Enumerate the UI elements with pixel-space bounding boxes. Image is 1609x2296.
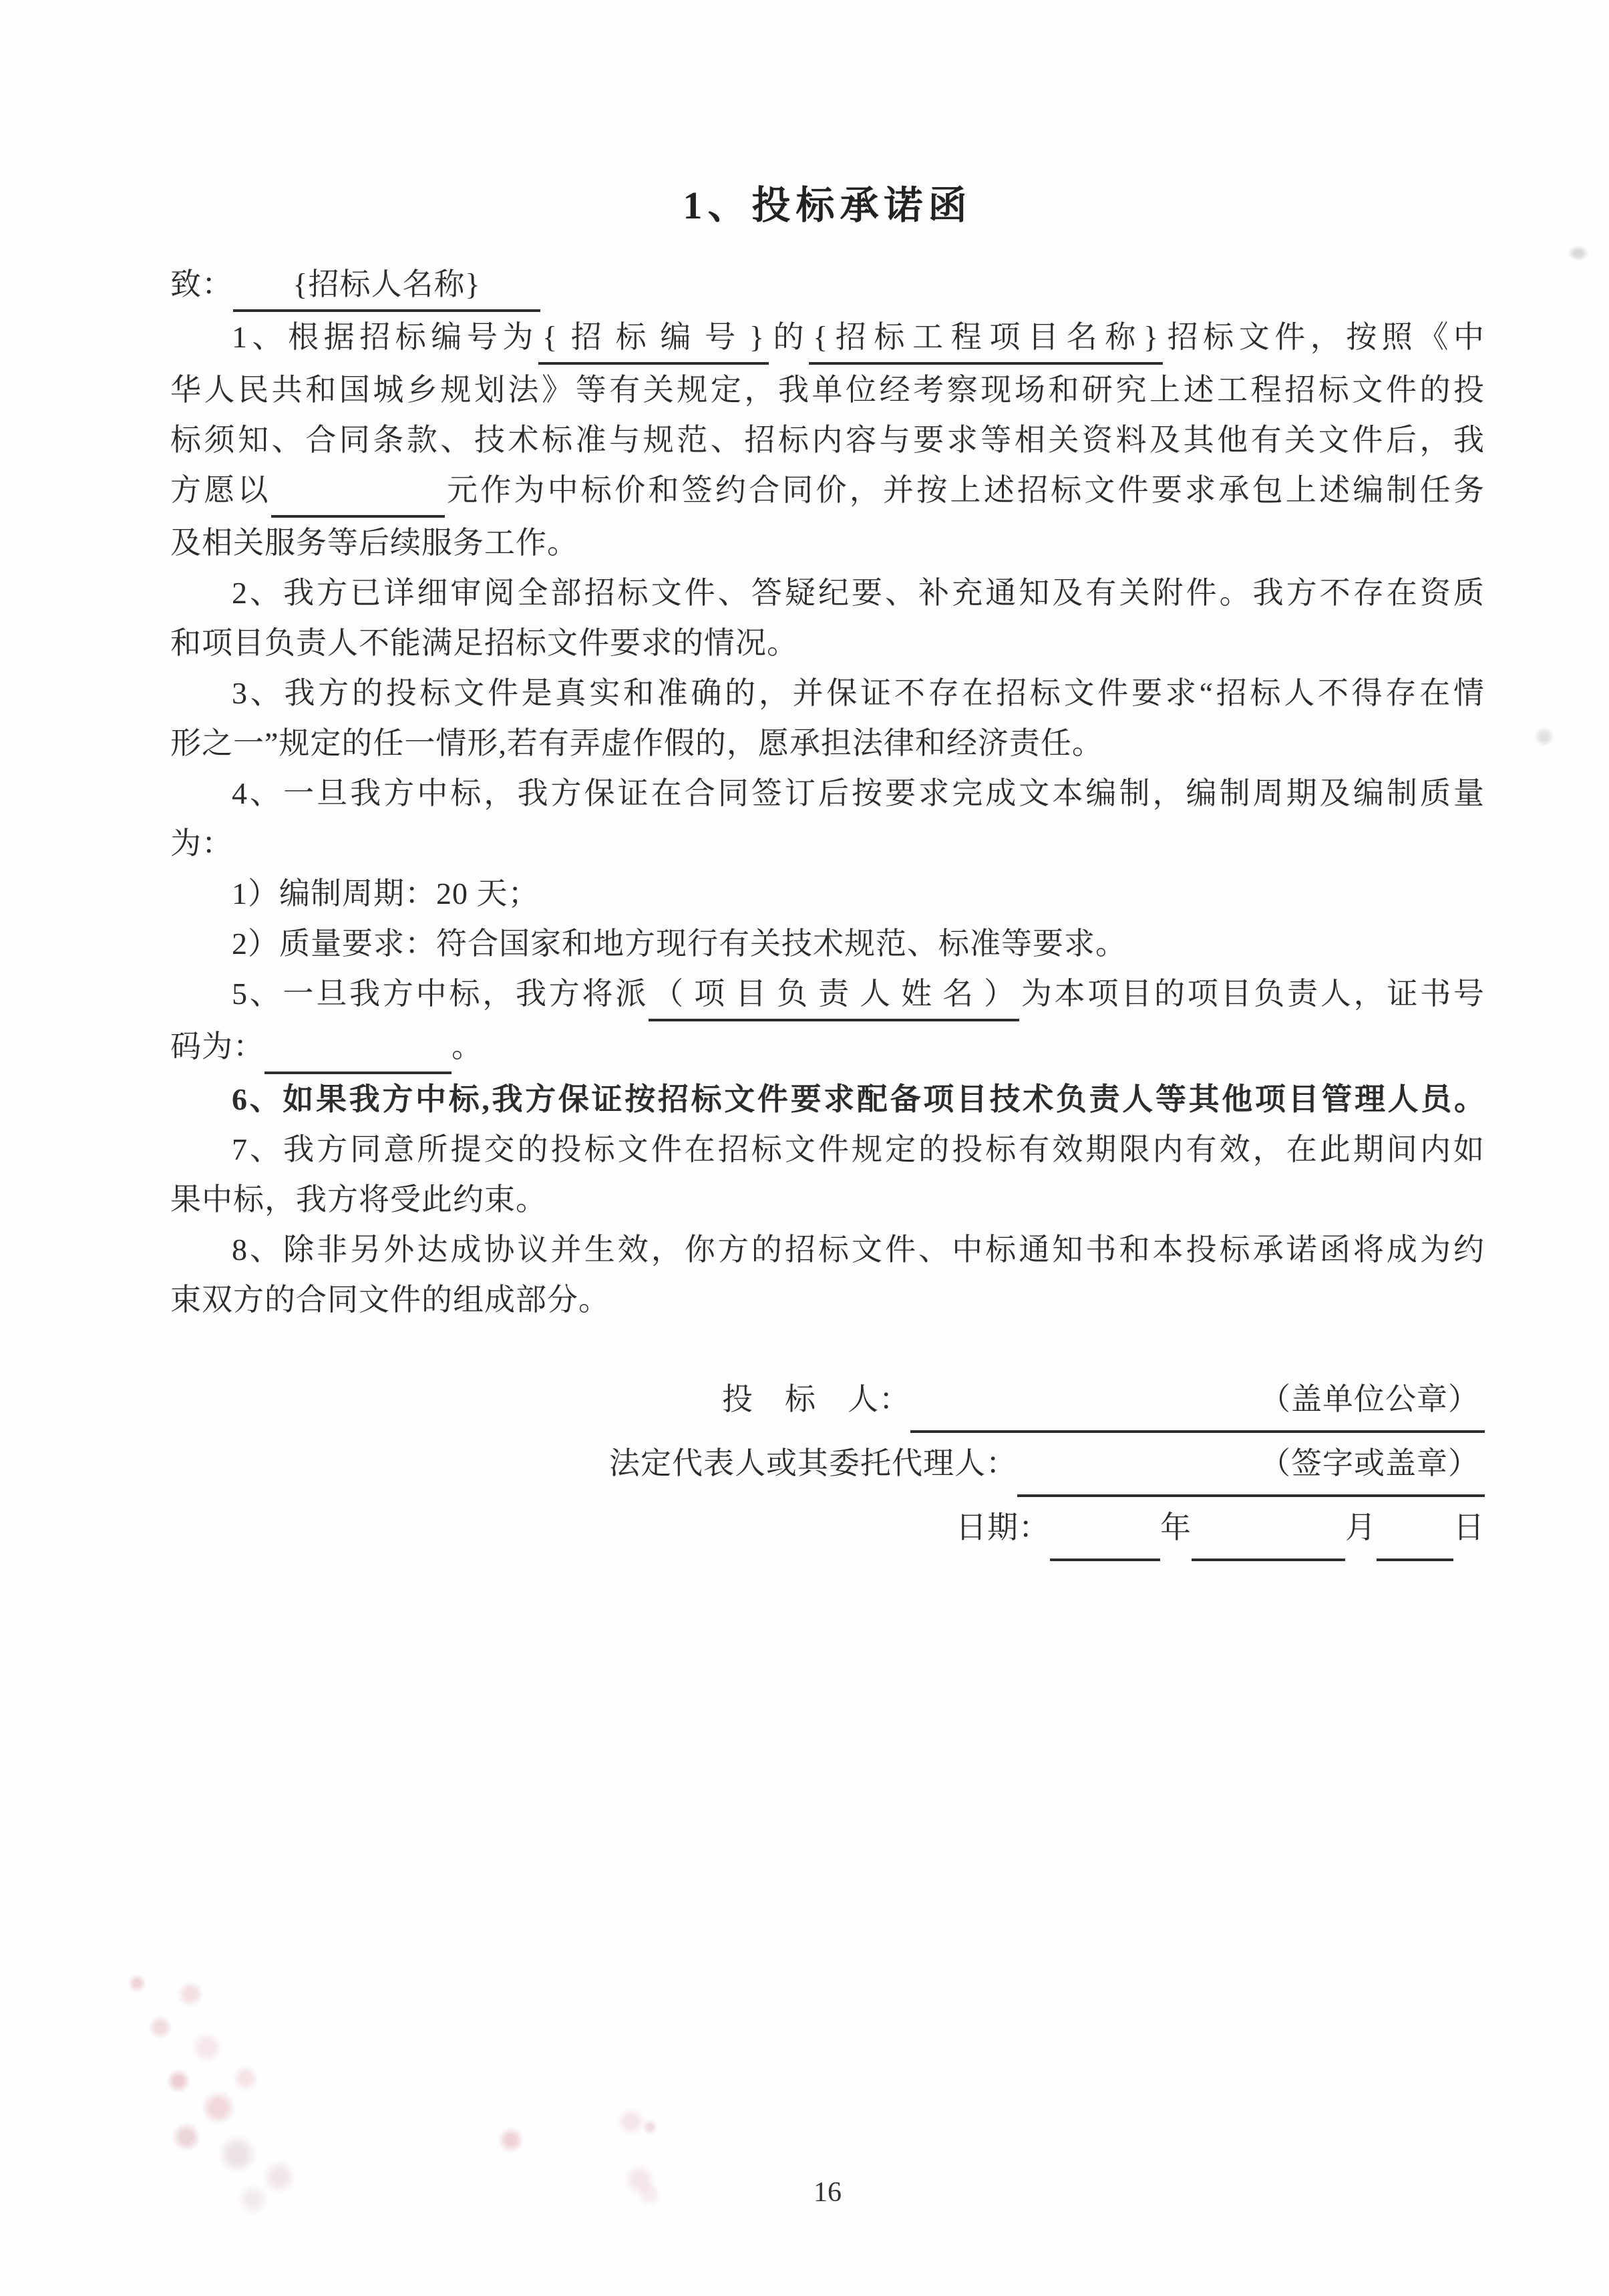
body-line: 8、除非另外达成协议并生效，你方的招标文件、中标通知书和本投标承诺函将成为约: [170, 1224, 1485, 1275]
date-year-blank: [1050, 1497, 1160, 1561]
date-label: 日期：: [956, 1510, 1050, 1544]
body-line: 5、一旦我方中标，我方将派（项目负责人姓名）为本项目的项目负责人，证书号: [170, 969, 1485, 1021]
body-line: 1、根据招标编号为{招标编号}的{招标工程项目名称}招标文件，按照《中: [170, 312, 1485, 365]
year-label: 年: [1160, 1510, 1192, 1544]
line-text: 5、一旦我方中标，我方将派: [232, 977, 649, 1011]
body-line: 3、我方的投标文件是真实和准确的，并保证不存在招标文件要求“招标人不得存在情: [170, 668, 1485, 718]
line-text: 元作为中标价和签约合同价，并按上述招标文件要求承包上述编制任务: [445, 473, 1485, 507]
line-text: 1）编制周期：20 天；: [232, 876, 540, 911]
certificate-number-blank: [264, 1021, 452, 1074]
body-line: 码为： 。: [170, 1021, 1485, 1074]
date-day-blank: [1377, 1497, 1453, 1561]
salutation-line: 致：{招标人名称}: [170, 259, 1485, 312]
stain-mark: [484, 2114, 538, 2161]
line-text: 1、根据招标编号为: [232, 320, 538, 354]
date-line: 日期： 年 月 日: [170, 1497, 1485, 1561]
body-line: 4、一旦我方中标，我方保证在合同签订后按要求完成文本编制，编制周期及编制质量: [170, 768, 1485, 818]
line-text: 2、我方已详细审阅全部招标文件、答疑纪要、补充通知及有关附件。我方不存在资质: [232, 576, 1485, 610]
body-line: 为：: [170, 818, 1485, 868]
line-text: 招标文件，按照《中: [1163, 320, 1485, 354]
body-line: 束双方的合同文件的组成部分。: [170, 1275, 1485, 1325]
sign-note: （签字或盖章）: [1021, 1433, 1481, 1494]
line-text: 的: [769, 320, 809, 354]
line-text: 3、我方的投标文件是真实和准确的，并保证不存在招标文件要求“招标人不得存在情: [232, 676, 1485, 710]
body-line: 及相关服务等后续服务工作。: [170, 518, 1485, 568]
day-label: 日: [1453, 1510, 1485, 1544]
line-text: 华人民共和国城乡规划法》等有关规定，我单位经考察现场和研究上述工程招标文件的投: [170, 373, 1485, 407]
tender-number-blank: {招标编号}: [538, 312, 769, 365]
body-line-compile-period: 1）编制周期：20 天；: [170, 868, 1485, 919]
signature-block: 投 标 人：（盖单位公章） 法定代表人或其委托代理人：（签字或盖章） 日期： 年…: [170, 1369, 1485, 1561]
body-line: 和项目负责人不能满足招标文件要求的情况。: [170, 618, 1485, 668]
line-text: 和项目负责人不能满足招标文件要求的情况。: [170, 626, 798, 660]
bidder-signature-line: 投 标 人：（盖单位公章）: [170, 1369, 1485, 1433]
line-text: 码为：: [170, 1029, 264, 1063]
line-text: 为本项目的项目负责人，证书号: [1019, 977, 1485, 1011]
bidder-signature-blank: （盖单位公章）: [910, 1369, 1485, 1433]
bidder-name-blank: {招标人名称}: [233, 259, 540, 312]
body-line: 7、我方同意所提交的投标文件在招标文件规定的投标有效期限内有效，在此期间内如: [170, 1124, 1485, 1174]
seal-note: （盖单位公章）: [914, 1369, 1481, 1430]
line-text: 标须知、合同条款、技术标准与规范、招标内容与要求等相关资料及其他有关文件后，我: [170, 423, 1485, 457]
agent-signature-line: 法定代表人或其委托代理人：（签字或盖章）: [170, 1433, 1485, 1497]
line-text: 6、如果我方中标,我方保证按招标文件要求配备项目技术负责人等其他项目管理人员。: [232, 1082, 1485, 1116]
speck-mark: [1531, 725, 1558, 749]
body-line: 2、我方已详细审阅全部招标文件、答疑纪要、补充通知及有关附件。我方不存在资质: [170, 568, 1485, 618]
stain-mark: [130, 2041, 291, 2174]
salutation-prefix: 致：: [170, 267, 233, 301]
body-line: 果中标，我方将受此约束。: [170, 1174, 1485, 1224]
stain-mark: [184, 2114, 337, 2228]
stain-mark: [90, 1954, 257, 2088]
month-label: 月: [1345, 1510, 1377, 1544]
body-line: 华人民共和国城乡规划法》等有关规定，我单位经考察现场和研究上述工程招标文件的投: [170, 365, 1485, 415]
body-line-quality-requirement: 2）质量要求：符合国家和地方现行有关技术规范、标准等要求。: [170, 919, 1485, 969]
date-month-blank: [1192, 1497, 1345, 1561]
speck-mark: [1563, 242, 1594, 265]
project-name-blank: {招标工程项目名称}: [809, 312, 1163, 365]
line-text: 及相关服务等后续服务工作。: [170, 526, 578, 560]
line-text: 束双方的合同文件的组成部分。: [170, 1283, 610, 1317]
stain-mark: [604, 2098, 671, 2151]
scanned-document-page: 1、投标承诺函 致：{招标人名称} 1、根据招标编号为{招标编号}的{招标工程项…: [0, 0, 1609, 2296]
page-title: 1、投标承诺函: [170, 182, 1485, 230]
line-text: 7、我方同意所提交的投标文件在招标文件规定的投标有效期限内有效，在此期间内如: [232, 1132, 1485, 1166]
line-text: 为：: [170, 826, 233, 860]
line-text: 果中标，我方将受此约束。: [170, 1182, 547, 1216]
page-number: 16: [170, 2176, 1485, 2208]
bidder-label: 投 标 人：: [722, 1382, 910, 1416]
line-text: 8、除非另外达成协议并生效，你方的招标文件、中标通知书和本投标承诺函将成为约: [232, 1233, 1485, 1267]
line-text: 2）质量要求：符合国家和地方现行有关技术规范、标准等要求。: [232, 927, 1127, 961]
line-text: 形之一”规定的任一情形,若有弄虚作假的，愿承担法律和经济责任。: [170, 726, 1103, 760]
body-line: 方愿以 元作为中标价和签约合同价，并按上述招标文件要求承包上述编制任务: [170, 465, 1485, 518]
line-text: 4、一旦我方中标，我方保证在合同签订后按要求完成文本编制，编制周期及编制质量: [232, 776, 1485, 810]
body-line-bold-commitment: 6、如果我方中标,我方保证按招标文件要求配备项目技术负责人等其他项目管理人员。: [170, 1074, 1485, 1124]
document-content: 1、投标承诺函 致：{招标人名称} 1、根据招标编号为{招标编号}的{招标工程项…: [170, 182, 1485, 1561]
line-text: 。: [452, 1029, 483, 1063]
project-manager-name-blank: （项目负责人姓名）: [649, 969, 1019, 1021]
bid-price-blank: [271, 465, 445, 518]
line-text: 方愿以: [170, 473, 271, 507]
body-line: 标须知、合同条款、技术标准与规范、招标内容与要求等相关资料及其他有关文件后，我: [170, 415, 1485, 465]
agent-label: 法定代表人或其委托代理人：: [609, 1446, 1017, 1480]
body-line: 形之一”规定的任一情形,若有弄虚作假的，愿承担法律和经济责任。: [170, 718, 1485, 768]
agent-signature-blank: （签字或盖章）: [1017, 1433, 1485, 1497]
